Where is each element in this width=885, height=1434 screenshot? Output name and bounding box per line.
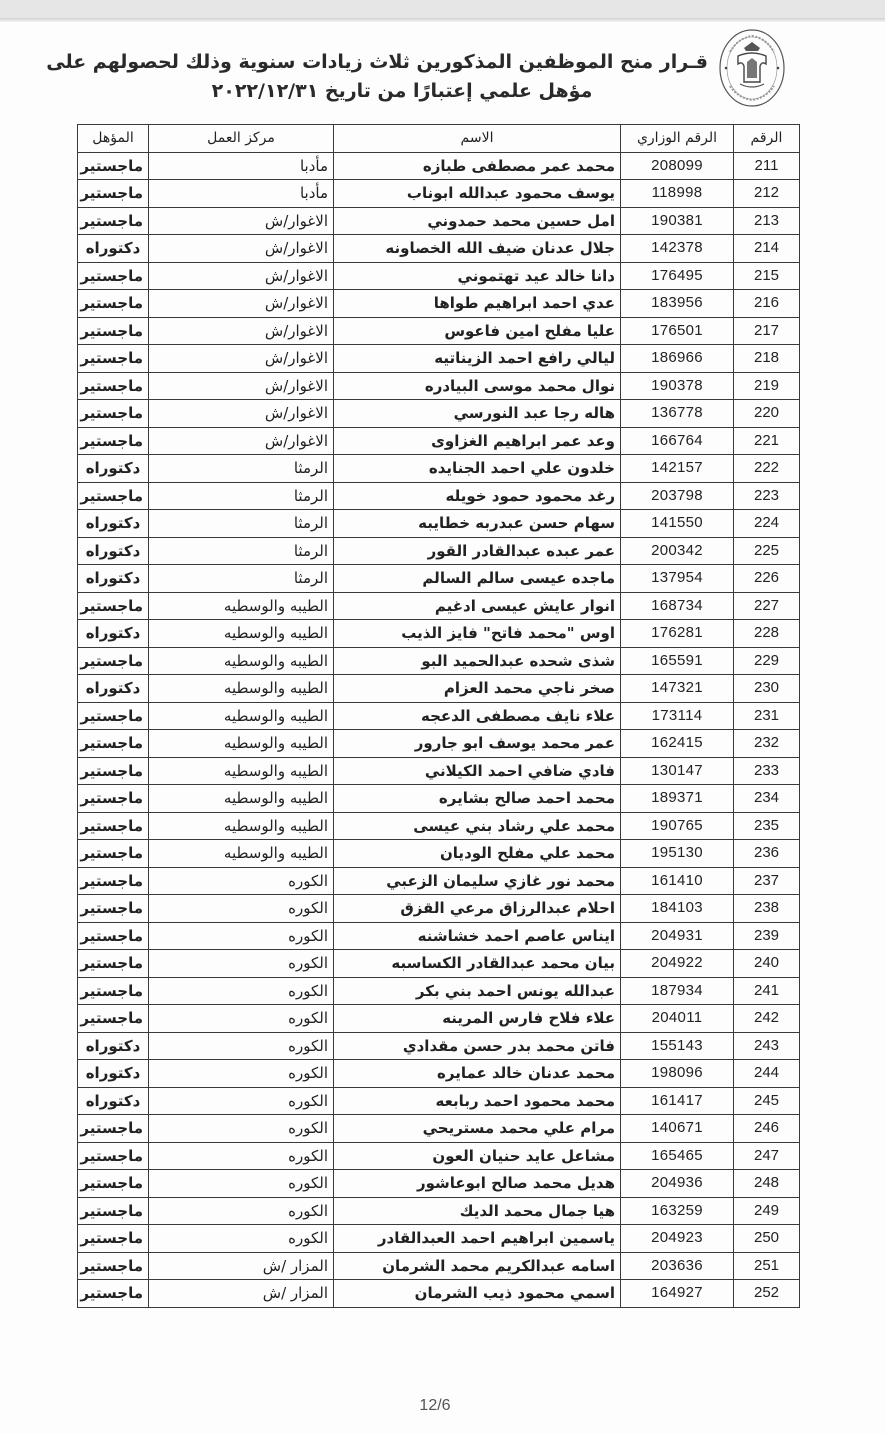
- cell-work-center: الاغوار/ش: [149, 262, 334, 290]
- cell-name: عبدالله يونس احمد بني بكر: [334, 977, 621, 1005]
- cell-ministry-id: 204923: [621, 1225, 734, 1253]
- table-row: 223203798رغد محمود حمود خويلهالرمثاماجست…: [78, 482, 800, 510]
- cell-number: 242: [734, 1005, 800, 1033]
- cell-work-center: الرمثا: [149, 537, 334, 565]
- cell-ministry-id: 162415: [621, 730, 734, 758]
- cell-ministry-id: 190765: [621, 812, 734, 840]
- cell-work-center: الكوره: [149, 1060, 334, 1088]
- cell-ministry-id: 204931: [621, 922, 734, 950]
- cell-ministry-id: 137954: [621, 565, 734, 593]
- cell-qualification: دكتوراه: [78, 620, 149, 648]
- cell-qualification: ماجستير: [78, 757, 149, 785]
- cell-name: عمر عبده عبدالقادر القور: [334, 537, 621, 565]
- cell-number: 225: [734, 537, 800, 565]
- header-number: الرقم: [734, 125, 800, 153]
- cell-name: احلام عبدالرزاق مرعي القزق: [334, 895, 621, 923]
- cell-number: 249: [734, 1197, 800, 1225]
- cell-number: 222: [734, 455, 800, 483]
- cell-qualification: ماجستير: [78, 950, 149, 978]
- cell-number: 215: [734, 262, 800, 290]
- cell-ministry-id: 184103: [621, 895, 734, 923]
- table-row: 235190765محمد علي رشاد بني عيسىالطيبه وا…: [78, 812, 800, 840]
- cell-qualification: دكتوراه: [78, 455, 149, 483]
- header-ministry-id: الرقم الوزاري: [621, 125, 734, 153]
- cell-name: عدي احمد ابراهيم طواها: [334, 290, 621, 318]
- cell-ministry-id: 176281: [621, 620, 734, 648]
- cell-qualification: ماجستير: [78, 180, 149, 208]
- cell-number: 220: [734, 400, 800, 428]
- cell-name: يوسف محمود عبدالله ابوناب: [334, 180, 621, 208]
- cell-qualification: ماجستير: [78, 207, 149, 235]
- cell-number: 217: [734, 317, 800, 345]
- cell-qualification: ماجستير: [78, 867, 149, 895]
- cell-name: مرام علي محمد مستريحي: [334, 1115, 621, 1143]
- table-row: 250204923ياسمين ابراهيم احمد العبدالقادر…: [78, 1225, 800, 1253]
- cell-qualification: دكتوراه: [78, 235, 149, 263]
- table-row: 228176281اوس "محمد فاتح" فايز الذيبالطيب…: [78, 620, 800, 648]
- cell-qualification: ماجستير: [78, 1142, 149, 1170]
- cell-number: 227: [734, 592, 800, 620]
- cell-qualification: ماجستير: [78, 785, 149, 813]
- cell-qualification: ماجستير: [78, 702, 149, 730]
- cell-number: 244: [734, 1060, 800, 1088]
- table-row: 245161417محمد محمود احمد ربابعهالكورهدكت…: [78, 1087, 800, 1115]
- cell-ministry-id: 142157: [621, 455, 734, 483]
- cell-work-center: الاغوار/ش: [149, 400, 334, 428]
- cell-name: ياسمين ابراهيم احمد العبدالقادر: [334, 1225, 621, 1253]
- cell-qualification: ماجستير: [78, 152, 149, 180]
- cell-ministry-id: 204011: [621, 1005, 734, 1033]
- cell-qualification: دكتوراه: [78, 675, 149, 703]
- cell-qualification: ماجستير: [78, 730, 149, 758]
- cell-number: 216: [734, 290, 800, 318]
- cell-qualification: ماجستير: [78, 840, 149, 868]
- cell-qualification: ماجستير: [78, 290, 149, 318]
- table-row: 231173114علاء نايف مصطفى الدعجهالطيبه وا…: [78, 702, 800, 730]
- cell-ministry-id: 173114: [621, 702, 734, 730]
- cell-number: 219: [734, 372, 800, 400]
- cell-work-center: مأدبا: [149, 152, 334, 180]
- cell-work-center: الطيبه والوسطيه: [149, 812, 334, 840]
- table-row: 219190378نوال محمد موسى البيادرهالاغوار/…: [78, 372, 800, 400]
- table-row: 239204931ايناس عاصم احمد خشاشنهالكورهماج…: [78, 922, 800, 950]
- cell-number: 228: [734, 620, 800, 648]
- cell-name: ماجده عيسى سالم السالم: [334, 565, 621, 593]
- cell-number: 230: [734, 675, 800, 703]
- cell-name: صخر ناجي محمد العزام: [334, 675, 621, 703]
- cell-name: محمد عمر مصطفى طبازه: [334, 152, 621, 180]
- table-row: 247165465مشاعل عايد حنيان العونالكورهماج…: [78, 1142, 800, 1170]
- cell-qualification: دكتوراه: [78, 510, 149, 538]
- cell-number: 240: [734, 950, 800, 978]
- cell-number: 243: [734, 1032, 800, 1060]
- cell-qualification: ماجستير: [78, 1225, 149, 1253]
- cell-ministry-id: 136778: [621, 400, 734, 428]
- employees-table: الرقم الرقم الوزاري الاسم مركز العمل الم…: [77, 124, 800, 1308]
- cell-number: 213: [734, 207, 800, 235]
- table-row: 229165591شذى شحده عبدالحميد البوالطيبه و…: [78, 647, 800, 675]
- table-row: 233130147فادي ضافي احمد الكيلانيالطيبه و…: [78, 757, 800, 785]
- cell-name: اسمي محمود ذيب الشرمان: [334, 1280, 621, 1308]
- cell-name: محمد علي رشاد بني عيسى: [334, 812, 621, 840]
- title-line-1: قـرار منح الموظفين المذكورين ثلاث زيادات…: [96, 47, 708, 77]
- cell-ministry-id: 176495: [621, 262, 734, 290]
- table-row: 232162415عمر محمد يوسف ابو جارورالطيبه و…: [78, 730, 800, 758]
- cell-number: 251: [734, 1252, 800, 1280]
- cell-ministry-id: 130147: [621, 757, 734, 785]
- cell-ministry-id: 164927: [621, 1280, 734, 1308]
- cell-number: 212: [734, 180, 800, 208]
- cell-work-center: الاغوار/ش: [149, 345, 334, 373]
- cell-number: 218: [734, 345, 800, 373]
- cell-name: علاء نايف مصطفى الدعجه: [334, 702, 621, 730]
- cell-work-center: الاغوار/ش: [149, 317, 334, 345]
- cell-name: هيا جمال محمد الديك: [334, 1197, 621, 1225]
- table-row: 215176495دانا خالد عيد تهتمونيالاغوار/شم…: [78, 262, 800, 290]
- cell-work-center: الطيبه والوسطيه: [149, 785, 334, 813]
- table-header-row: الرقم الرقم الوزاري الاسم مركز العمل الم…: [78, 125, 800, 153]
- table-body: 211208099محمد عمر مصطفى طبازهمأدباماجستي…: [78, 152, 800, 1307]
- cell-name: محمد محمود احمد ربابعه: [334, 1087, 621, 1115]
- cell-name: ليالي رافع احمد الزيناتيه: [334, 345, 621, 373]
- cell-work-center: الطيبه والوسطيه: [149, 757, 334, 785]
- cell-ministry-id: 161410: [621, 867, 734, 895]
- table-row: 218186966ليالي رافع احمد الزيناتيهالاغوا…: [78, 345, 800, 373]
- cell-qualification: ماجستير: [78, 482, 149, 510]
- cell-name: خلدون علي احمد الجنايده: [334, 455, 621, 483]
- cell-ministry-id: 165591: [621, 647, 734, 675]
- table-row: 226137954ماجده عيسى سالم السالمالرمثادكت…: [78, 565, 800, 593]
- cell-number: 226: [734, 565, 800, 593]
- cell-qualification: دكتوراه: [78, 1032, 149, 1060]
- cell-qualification: ماجستير: [78, 427, 149, 455]
- cell-qualification: ماجستير: [78, 1005, 149, 1033]
- cell-work-center: المزار /ش: [149, 1252, 334, 1280]
- cell-name: سهام حسن عبدربه خطايبه: [334, 510, 621, 538]
- cell-ministry-id: 187934: [621, 977, 734, 1005]
- cell-work-center: الكوره: [149, 1032, 334, 1060]
- cell-number: 236: [734, 840, 800, 868]
- cell-ministry-id: 198096: [621, 1060, 734, 1088]
- cell-work-center: الاغوار/ش: [149, 427, 334, 455]
- cell-ministry-id: 155143: [621, 1032, 734, 1060]
- cell-name: عمر محمد يوسف ابو جارور: [334, 730, 621, 758]
- jordan-ministry-emblem-icon: [718, 28, 786, 108]
- cell-qualification: ماجستير: [78, 647, 149, 675]
- cell-ministry-id: 195130: [621, 840, 734, 868]
- table-row: 238184103احلام عبدالرزاق مرعي القزقالكور…: [78, 895, 800, 923]
- cell-name: مشاعل عايد حنيان العون: [334, 1142, 621, 1170]
- cell-ministry-id: 186966: [621, 345, 734, 373]
- table-row: 241187934عبدالله يونس احمد بني بكرالكوره…: [78, 977, 800, 1005]
- cell-name: امل حسين محمد حمدوني: [334, 207, 621, 235]
- cell-work-center: مأدبا: [149, 180, 334, 208]
- cell-number: 224: [734, 510, 800, 538]
- cell-number: 248: [734, 1170, 800, 1198]
- cell-name: محمد عدنان خالد عمايره: [334, 1060, 621, 1088]
- cell-ministry-id: 190378: [621, 372, 734, 400]
- cell-number: 231: [734, 702, 800, 730]
- table-row: 240204922بيان محمد عبدالقادر الكساسبهالك…: [78, 950, 800, 978]
- cell-ministry-id: 204936: [621, 1170, 734, 1198]
- cell-ministry-id: 204922: [621, 950, 734, 978]
- cell-qualification: ماجستير: [78, 345, 149, 373]
- cell-qualification: ماجستير: [78, 1280, 149, 1308]
- cell-number: 252: [734, 1280, 800, 1308]
- cell-number: 214: [734, 235, 800, 263]
- cell-work-center: الكوره: [149, 922, 334, 950]
- cell-ministry-id: 203798: [621, 482, 734, 510]
- cell-ministry-id: 203636: [621, 1252, 734, 1280]
- cell-name: شذى شحده عبدالحميد البو: [334, 647, 621, 675]
- cell-ministry-id: 189371: [621, 785, 734, 813]
- cell-name: محمد احمد صالح بشايره: [334, 785, 621, 813]
- cell-work-center: المزار /ش: [149, 1280, 334, 1308]
- table-row: 237161410محمد نور غازي سليمان الزعبيالكو…: [78, 867, 800, 895]
- cell-work-center: الطيبه والوسطيه: [149, 620, 334, 648]
- cell-work-center: الرمثا: [149, 510, 334, 538]
- cell-name: بيان محمد عبدالقادر الكساسبه: [334, 950, 621, 978]
- cell-name: رغد محمود حمود خويله: [334, 482, 621, 510]
- cell-name: علاء فلاح فارس المرينه: [334, 1005, 621, 1033]
- cell-number: 246: [734, 1115, 800, 1143]
- cell-number: 232: [734, 730, 800, 758]
- cell-name: هاله رجا عبد النورسي: [334, 400, 621, 428]
- cell-name: دانا خالد عيد تهتموني: [334, 262, 621, 290]
- cell-work-center: الطيبه والوسطيه: [149, 647, 334, 675]
- cell-work-center: الكوره: [149, 1005, 334, 1033]
- cell-work-center: الطيبه والوسطيه: [149, 702, 334, 730]
- cell-qualification: ماجستير: [78, 400, 149, 428]
- cell-ministry-id: 176501: [621, 317, 734, 345]
- cell-qualification: ماجستير: [78, 977, 149, 1005]
- table-row: 242204011علاء فلاح فارس المرينهالكورهماج…: [78, 1005, 800, 1033]
- cell-ministry-id: 165465: [621, 1142, 734, 1170]
- cell-work-center: الرمثا: [149, 455, 334, 483]
- cell-name: فادي ضافي احمد الكيلاني: [334, 757, 621, 785]
- table-row: 212118998يوسف محمود عبدالله ابونابمأدبام…: [78, 180, 800, 208]
- cell-ministry-id: 140671: [621, 1115, 734, 1143]
- table-row: 225200342عمر عبده عبدالقادر القورالرمثاد…: [78, 537, 800, 565]
- cell-work-center: الكوره: [149, 895, 334, 923]
- cell-number: 233: [734, 757, 800, 785]
- cell-number: 223: [734, 482, 800, 510]
- cell-number: 237: [734, 867, 800, 895]
- table-row: 227168734انوار عايش عيسى ادغيمالطيبه وال…: [78, 592, 800, 620]
- cell-qualification: دكتوراه: [78, 565, 149, 593]
- cell-number: 241: [734, 977, 800, 1005]
- cell-qualification: دكتوراه: [78, 537, 149, 565]
- cell-qualification: ماجستير: [78, 317, 149, 345]
- cell-name: اوس "محمد فاتح" فايز الذيب: [334, 620, 621, 648]
- cell-name: محمد نور غازي سليمان الزعبي: [334, 867, 621, 895]
- cell-number: 238: [734, 895, 800, 923]
- cell-work-center: الكوره: [149, 1170, 334, 1198]
- cell-work-center: الرمثا: [149, 482, 334, 510]
- cell-number: 250: [734, 1225, 800, 1253]
- cell-number: 211: [734, 152, 800, 180]
- cell-work-center: الطيبه والوسطيه: [149, 675, 334, 703]
- title-line-2: مؤهل علمي إعتبارًا من تاريخ ٢٠٢٢/١٢/٣١: [96, 77, 708, 105]
- table-row: 213190381امل حسين محمد حمدونيالاغوار/شما…: [78, 207, 800, 235]
- cell-name: محمد علي مفلح الوديان: [334, 840, 621, 868]
- cell-ministry-id: 163259: [621, 1197, 734, 1225]
- table-row: 224141550سهام حسن عبدربه خطايبهالرمثادكت…: [78, 510, 800, 538]
- cell-qualification: ماجستير: [78, 812, 149, 840]
- cell-number: 239: [734, 922, 800, 950]
- cell-ministry-id: 147321: [621, 675, 734, 703]
- cell-number: 247: [734, 1142, 800, 1170]
- cell-qualification: ماجستير: [78, 1170, 149, 1198]
- cell-name: جلال عدنان ضيف الله الخصاونه: [334, 235, 621, 263]
- table-row: 248204936هديل محمد صالح ابوعاشورالكورهما…: [78, 1170, 800, 1198]
- cell-qualification: ماجستير: [78, 922, 149, 950]
- cell-name: وعد عمر ابراهيم الغزاوى: [334, 427, 621, 455]
- cell-work-center: الطيبه والوسطيه: [149, 592, 334, 620]
- table-row: 252164927اسمي محمود ذيب الشرمانالمزار /ش…: [78, 1280, 800, 1308]
- cell-number: 245: [734, 1087, 800, 1115]
- cell-number: 229: [734, 647, 800, 675]
- cell-number: 234: [734, 785, 800, 813]
- cell-qualification: دكتوراه: [78, 1087, 149, 1115]
- table-row: 243155143فاتن محمد بدر حسن مقداديالكورهد…: [78, 1032, 800, 1060]
- cell-work-center: الاغوار/ش: [149, 207, 334, 235]
- cell-work-center: الكوره: [149, 977, 334, 1005]
- cell-work-center: الكوره: [149, 1197, 334, 1225]
- cell-work-center: الاغوار/ش: [149, 235, 334, 263]
- cell-number: 235: [734, 812, 800, 840]
- cell-work-center: الكوره: [149, 950, 334, 978]
- cell-ministry-id: 166764: [621, 427, 734, 455]
- table-row: 217176501عليا مفلح امين فاعوسالاغوار/شما…: [78, 317, 800, 345]
- cell-qualification: ماجستير: [78, 1252, 149, 1280]
- cell-work-center: الكوره: [149, 1225, 334, 1253]
- cell-work-center: الكوره: [149, 1087, 334, 1115]
- table-row: 211208099محمد عمر مصطفى طبازهمأدباماجستي…: [78, 152, 800, 180]
- cell-ministry-id: 190381: [621, 207, 734, 235]
- table-row: 249163259هيا جمال محمد الديكالكورهماجستي…: [78, 1197, 800, 1225]
- table-row: 222142157خلدون علي احمد الجنايدهالرمثادك…: [78, 455, 800, 483]
- cell-work-center: الاغوار/ش: [149, 372, 334, 400]
- table-row: 230147321صخر ناجي محمد العزامالطيبه والو…: [78, 675, 800, 703]
- scan-top-edge: [0, 0, 885, 22]
- cell-work-center: الرمثا: [149, 565, 334, 593]
- cell-qualification: ماجستير: [78, 895, 149, 923]
- cell-ministry-id: 183956: [621, 290, 734, 318]
- table-row: 234189371محمد احمد صالح بشايرهالطيبه وال…: [78, 785, 800, 813]
- cell-qualification: ماجستير: [78, 1197, 149, 1225]
- cell-name: هديل محمد صالح ابوعاشور: [334, 1170, 621, 1198]
- cell-name: ايناس عاصم احمد خشاشنه: [334, 922, 621, 950]
- cell-name: نوال محمد موسى البيادره: [334, 372, 621, 400]
- cell-ministry-id: 208099: [621, 152, 734, 180]
- cell-name: عليا مفلح امين فاعوس: [334, 317, 621, 345]
- cell-work-center: الكوره: [149, 1115, 334, 1143]
- table-row: 251203636اسامه عبدالكريم محمد الشرمانالم…: [78, 1252, 800, 1280]
- cell-qualification: ماجستير: [78, 1115, 149, 1143]
- cell-qualification: ماجستير: [78, 592, 149, 620]
- cell-ministry-id: 142378: [621, 235, 734, 263]
- cell-work-center: الطيبه والوسطيه: [149, 840, 334, 868]
- table-row: 236195130محمد علي مفلح الوديانالطيبه وال…: [78, 840, 800, 868]
- cell-ministry-id: 118998: [621, 180, 734, 208]
- cell-ministry-id: 168734: [621, 592, 734, 620]
- cell-ministry-id: 161417: [621, 1087, 734, 1115]
- cell-name: اسامه عبدالكريم محمد الشرمان: [334, 1252, 621, 1280]
- cell-ministry-id: 200342: [621, 537, 734, 565]
- header-qualification: المؤهل: [78, 125, 149, 153]
- cell-qualification: ماجستير: [78, 262, 149, 290]
- table-row: 221166764وعد عمر ابراهيم الغزاوىالاغوار/…: [78, 427, 800, 455]
- cell-qualification: ماجستير: [78, 372, 149, 400]
- cell-work-center: الاغوار/ش: [149, 290, 334, 318]
- table-row: 216183956عدي احمد ابراهيم طواهاالاغوار/ش…: [78, 290, 800, 318]
- cell-ministry-id: 141550: [621, 510, 734, 538]
- table-row: 246140671مرام علي محمد مستريحيالكورهماجس…: [78, 1115, 800, 1143]
- cell-name: فاتن محمد بدر حسن مقدادي: [334, 1032, 621, 1060]
- cell-work-center: الطيبه والوسطيه: [149, 730, 334, 758]
- document-title: قـرار منح الموظفين المذكورين ثلاث زيادات…: [96, 47, 708, 105]
- table-row: 220136778هاله رجا عبد النورسيالاغوار/شما…: [78, 400, 800, 428]
- header-work-center: مركز العمل: [149, 125, 334, 153]
- cell-work-center: الكوره: [149, 867, 334, 895]
- cell-qualification: دكتوراه: [78, 1060, 149, 1088]
- cell-number: 221: [734, 427, 800, 455]
- cell-work-center: الكوره: [149, 1142, 334, 1170]
- table-row: 214142378جلال عدنان ضيف الله الخصاونهالا…: [78, 235, 800, 263]
- cell-name: انوار عايش عيسى ادغيم: [334, 592, 621, 620]
- table-row: 244198096محمد عدنان خالد عمايرهالكورهدكت…: [78, 1060, 800, 1088]
- header-name: الاسم: [334, 125, 621, 153]
- page-number: 12/6: [405, 1397, 465, 1415]
